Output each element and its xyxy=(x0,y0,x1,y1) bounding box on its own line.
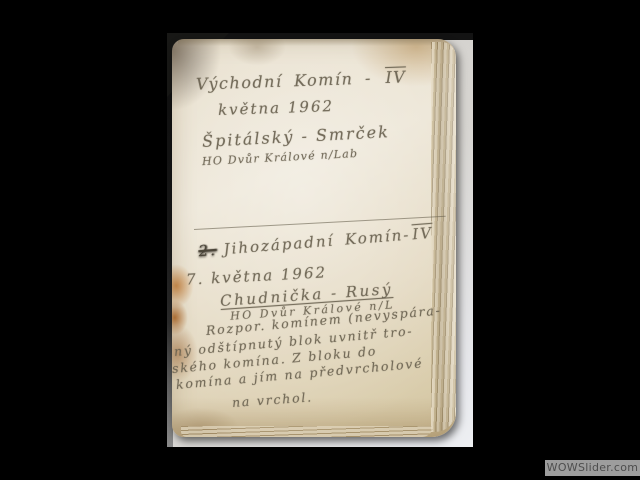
crossed-out-number: 2. xyxy=(198,241,218,260)
entry1-club: HO Dvůr Králové n/Lab xyxy=(202,147,359,168)
entry2-note-line: na vrchol. xyxy=(231,389,313,410)
entry2-roman-numeral: IV xyxy=(412,224,434,244)
entry2-date: 7. května 1962 xyxy=(186,263,328,288)
entry1-title-text: Východní Komín - xyxy=(196,68,384,94)
entry1-roman-numeral: IV xyxy=(385,67,407,87)
wowslider-watermark-label: WOWSlider.com xyxy=(547,461,639,474)
wowslider-watermark[interactable]: WOWSlider.com xyxy=(545,460,640,476)
entry2-title: 2.Jihozápadní Komín-IV xyxy=(198,224,434,260)
notebook-photo: Východní Komín - IV května 1962 Špitálsk… xyxy=(167,33,473,447)
entry2-title-text: Jihozápadní Komín- xyxy=(223,226,411,259)
entry1-title: Východní Komín - IV xyxy=(196,67,407,93)
slider-stage: Východní Komín - IV května 1962 Špitálsk… xyxy=(0,0,640,480)
entry1-climbers: Špitálský - Smrček xyxy=(202,122,391,151)
handwriting-layer: Východní Komín - IV května 1962 Špitálsk… xyxy=(172,39,456,437)
entry1-date: května 1962 xyxy=(218,97,335,119)
